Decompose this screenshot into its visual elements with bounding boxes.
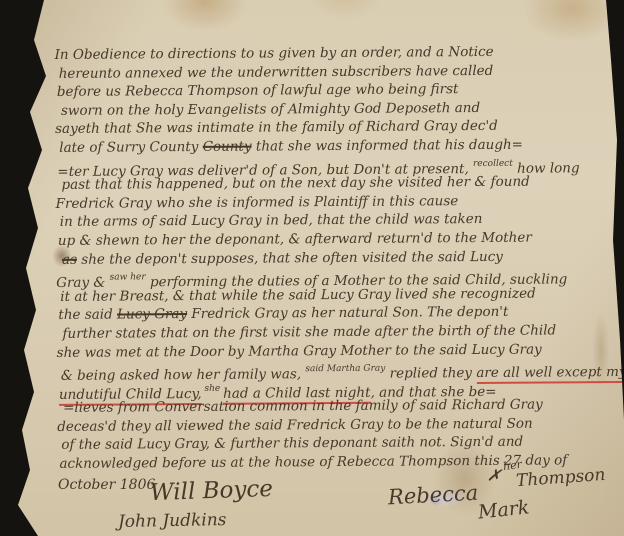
- handwritten-text: in the arms of said Lucy Gray in bed, th…: [60, 211, 483, 230]
- red-underlined-text: are all well except my: [476, 364, 624, 384]
- inserted-text: recollect: [473, 158, 513, 168]
- signature-rebecca: Rebecca: [387, 481, 478, 510]
- date-line: October 1806: [58, 477, 155, 493]
- handwritten-text: hereunto annexed we the underwritten sub…: [59, 62, 494, 81]
- handwritten-text: that she was informed that his daugh=: [252, 137, 523, 155]
- handwritten-text: sayeth that She was intimate in the fami…: [55, 118, 498, 137]
- signature-will-boyce: Will Boyce: [150, 476, 274, 506]
- struck-text: Lucy Gray: [117, 306, 187, 322]
- signature-john-judkins: John Judkins: [118, 510, 227, 532]
- handwritten-text: the said: [58, 307, 117, 323]
- handwritten-text: Fredrick Gray who she is informed is Pla…: [56, 193, 459, 212]
- handwritten-text: Fredrick Gray as her natural Son. The de…: [187, 304, 508, 322]
- inserted-text: saw her: [110, 272, 146, 282]
- mark-label: Mark: [477, 496, 530, 523]
- handwritten-text: of the said Lucy Gray, & further this de…: [61, 434, 523, 453]
- handwritten-text: deceas'd they all viewed the said Fredri…: [57, 416, 533, 435]
- struck-text: as: [62, 251, 77, 267]
- handwritten-text: past that this happened, but on the next…: [61, 174, 529, 193]
- handwritten-text: further states that on the first visit s…: [62, 322, 556, 341]
- handwritten-text: =lieves from Conversation common in the …: [63, 397, 543, 416]
- handwritten-text: before us Rebecca Thompson of lawful age…: [57, 81, 459, 100]
- handwritten-text: sworn on the holy Evangelists of Almight…: [61, 100, 480, 119]
- handwritten-text: she the depon't supposes, that she often…: [77, 248, 503, 267]
- handwritten-text: up & shewn to her the deponant, & afterw…: [58, 230, 532, 249]
- document-line: =ter Lucy Gray was deliver'd of a Son, b…: [57, 154, 615, 176]
- handwritten-text: late of Surry County: [59, 139, 203, 156]
- handwritten-text: In Obedience to directions to us given b…: [55, 44, 494, 63]
- scanned-document: In Obedience to directions to us given b…: [0, 0, 624, 536]
- document-text: In Obedience to directions to us given b…: [55, 42, 618, 474]
- document-line: & being asked how her family was, said M…: [61, 358, 617, 380]
- handwritten-text: it at her Breast, & that while the said …: [60, 285, 536, 304]
- inserted-text: she: [202, 383, 224, 393]
- cross-mark: ✗: [486, 465, 502, 486]
- document-line: =lieves from Conversation common in the …: [63, 395, 617, 417]
- inserted-text: said Martha Gray: [305, 364, 385, 375]
- handwritten-text: she was met at the Door by Martha Gray M…: [57, 341, 542, 360]
- struck-text: County: [203, 139, 252, 155]
- paper-sheet: In Obedience to directions to us given b…: [0, 0, 624, 536]
